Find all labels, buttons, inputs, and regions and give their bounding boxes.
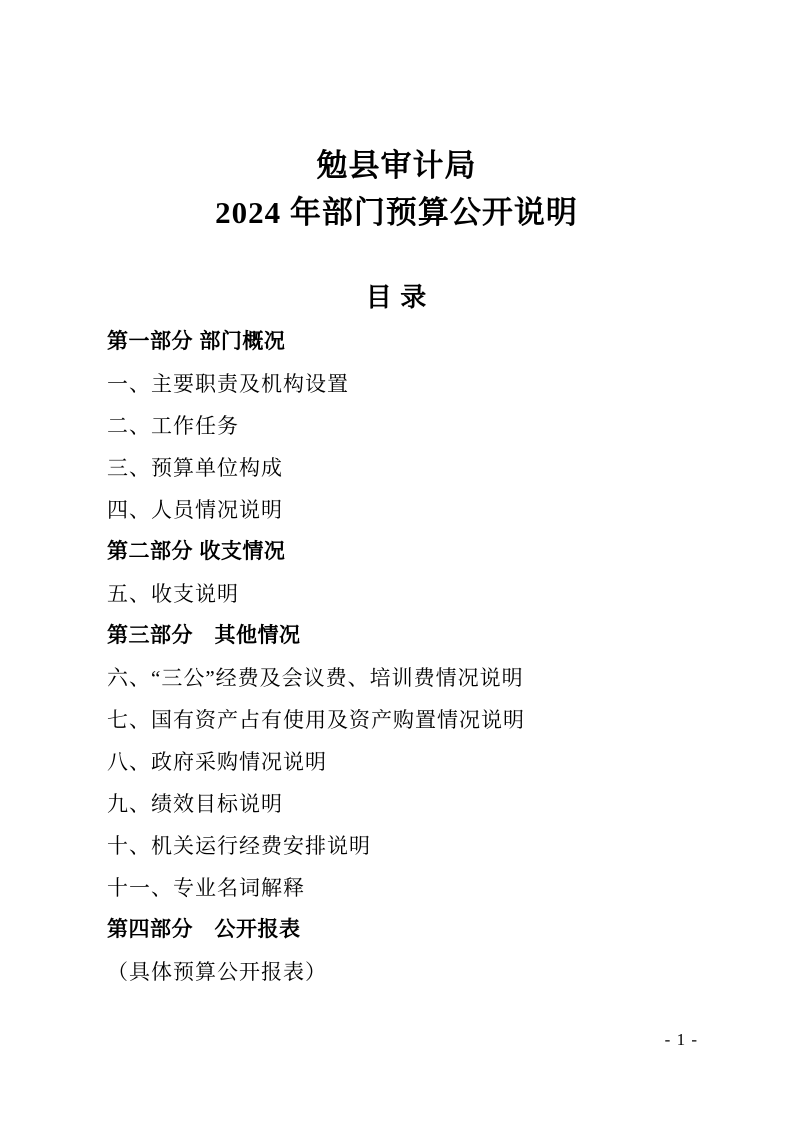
toc-item-note: （具体预算公开报表）	[107, 951, 697, 993]
toc-item-4: 四、人员情况说明	[107, 489, 697, 531]
toc-item-6: 六、“三公”经费及会议费、培训费情况说明	[107, 657, 697, 699]
toc-item-5: 五、收支说明	[107, 573, 697, 615]
page-number: - 1 -	[665, 1029, 698, 1051]
toc-section-part1: 第一部分 部门概况	[107, 321, 697, 363]
toc-item-11: 十一、专业名词解释	[107, 867, 697, 909]
toc-section-part3: 第三部分 其他情况	[107, 615, 697, 657]
toc-heading: 目 录	[0, 284, 793, 312]
document-title-line2: 2024 年部门预算公开说明	[0, 189, 793, 236]
toc-item-3: 三、预算单位构成	[107, 447, 697, 489]
toc-section-part4: 第四部分 公开报表	[107, 909, 697, 951]
document-title-line1: 勉县审计局	[0, 142, 793, 189]
document-title: 勉县审计局 2024 年部门预算公开说明	[0, 0, 793, 236]
document-page: 勉县审计局 2024 年部门预算公开说明 目 录 第一部分 部门概况 一、主要职…	[0, 0, 793, 1122]
toc-item-7: 七、国有资产占有使用及资产购置情况说明	[107, 699, 697, 741]
toc-item-10: 十、机关运行经费安排说明	[107, 825, 697, 867]
toc-item-8: 八、政府采购情况说明	[107, 741, 697, 783]
toc-section-part2: 第二部分 收支情况	[107, 531, 697, 573]
toc-list: 第一部分 部门概况 一、主要职责及机构设置 二、工作任务 三、预算单位构成 四、…	[107, 321, 697, 993]
toc-item-9: 九、绩效目标说明	[107, 783, 697, 825]
toc-item-1: 一、主要职责及机构设置	[107, 363, 697, 405]
toc-item-2: 二、工作任务	[107, 405, 697, 447]
